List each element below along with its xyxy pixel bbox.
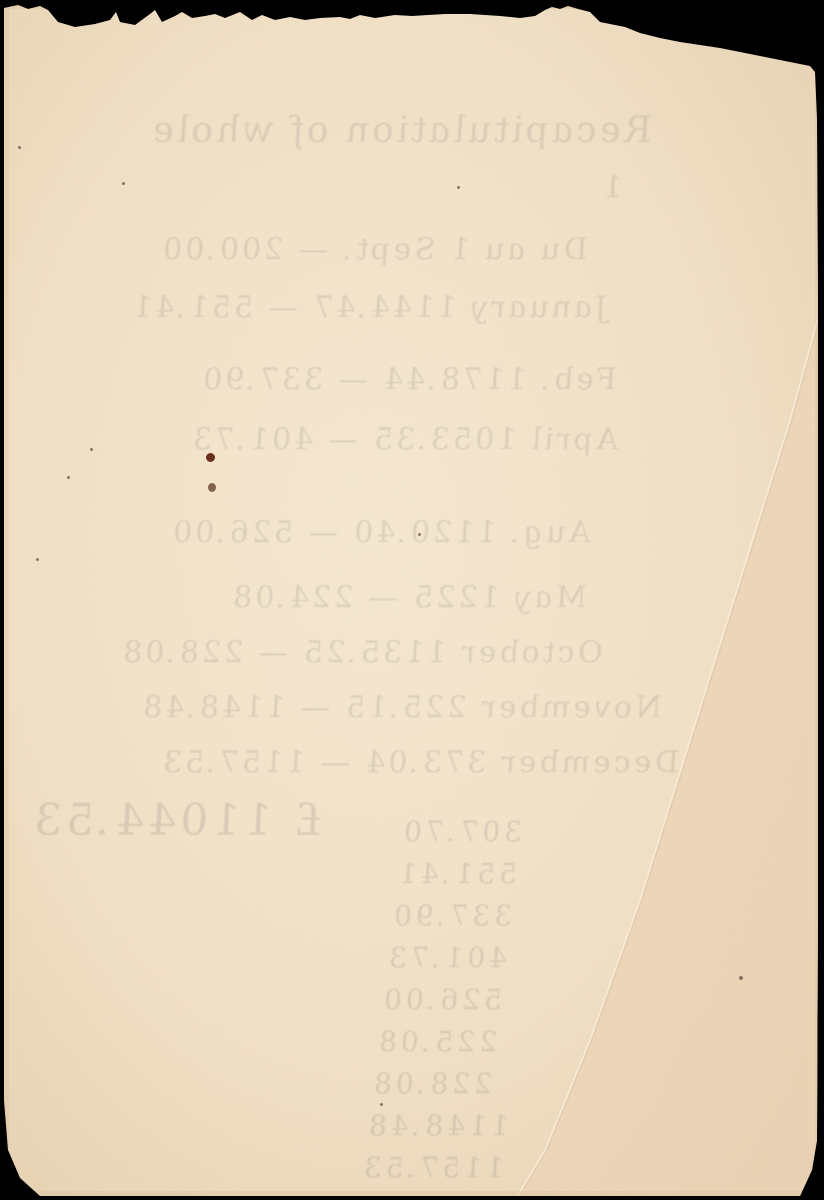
paper-speck [418, 533, 421, 536]
ghost-figure: 337.90 [386, 899, 516, 932]
paper-speck [67, 476, 70, 479]
paper-speck [380, 1103, 383, 1106]
paper-speck [739, 976, 743, 980]
ink-spot [208, 483, 216, 492]
ghost-figure: 228.08 [366, 1067, 496, 1100]
paper-speck [122, 182, 125, 185]
ghost-line: December 373.04 — 1157.53 [156, 745, 683, 780]
ghost-figure: 551.41 [391, 857, 521, 890]
ink-spot [206, 453, 215, 462]
ghost-line: January 1144.47 — 551.41 [126, 290, 612, 325]
ghost-total: £ 11044.53 [24, 795, 329, 846]
paper-speck [457, 186, 460, 189]
ghost-figure: 401.73 [381, 941, 511, 974]
paper-speck [18, 146, 21, 149]
ghost-line: April 1053.35 — 401.73 [186, 422, 623, 457]
scanned-document: Recapitulation of whole 1 Du au 1 Sept. … [0, 0, 824, 1200]
ghost-line: Feb. 1178.44 — 337.90 [196, 362, 621, 397]
paper-speck [90, 448, 93, 451]
paper-speck [36, 558, 39, 561]
ghost-line: Aug. 1120.40 — 526.00 [166, 515, 595, 550]
ghost-line: October 1135.25 — 228.08 [116, 635, 607, 670]
ghost-figure: 307.70 [396, 815, 526, 848]
ghost-line: May 1225 — 224.08 [226, 580, 591, 615]
ghost-heading: Recapitulation of whole [145, 110, 657, 151]
ghost-figure: 225.08 [371, 1025, 501, 1058]
ghost-figure: 1157.53 [356, 1151, 508, 1184]
ghost-figure: 1148.48 [361, 1109, 513, 1142]
ghost-figure: 526.00 [376, 983, 506, 1016]
ghost-line: November 225.15 — 1148.48 [136, 690, 666, 725]
ghost-line: Du au 1 Sept. — 200.00 [156, 232, 592, 267]
